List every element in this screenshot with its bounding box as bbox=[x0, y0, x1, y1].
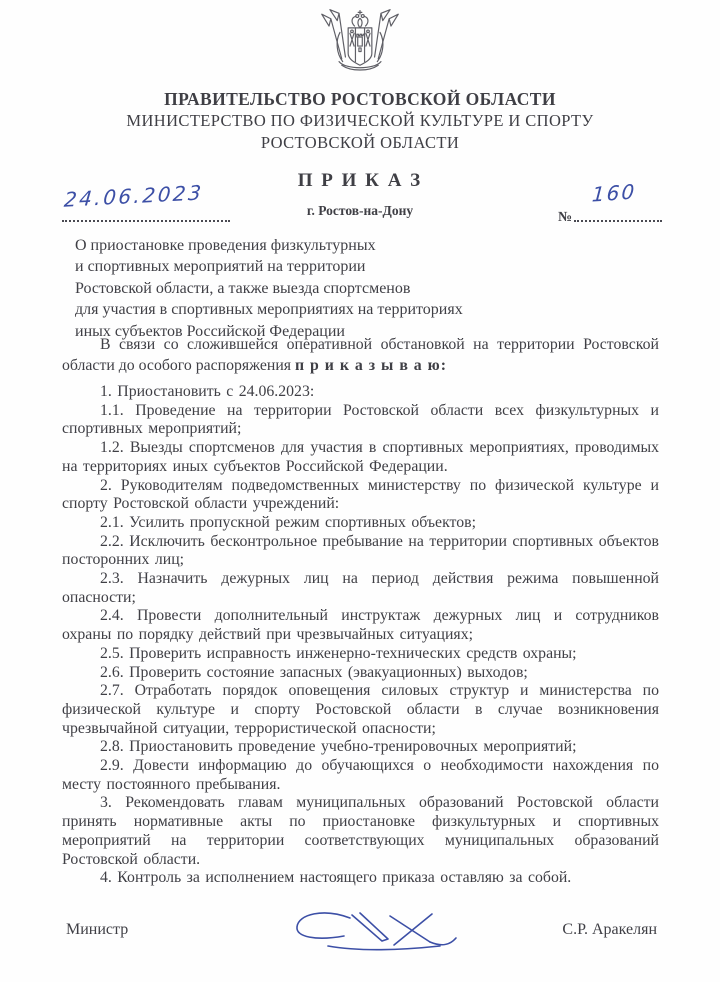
order-paragraph-2: 2. Руководителям подведомственных минист… bbox=[62, 477, 659, 514]
order-paragraph-2-3: 2.3. Назначить дежурных лиц на период де… bbox=[62, 570, 659, 607]
scanned-order-document: ПРАВИТЕЛЬСТВО РОСТОВСКОЙ ОБЛАСТИ МИНИСТЕ… bbox=[0, 0, 720, 982]
order-body: В связи со сложившейся оперативной обста… bbox=[62, 334, 659, 888]
intro-decree-word: п р и к а з ы в а ю: bbox=[295, 357, 447, 374]
signature-block: Министр С.Р. Аракелян bbox=[0, 905, 720, 965]
order-paragraph-2-9: 2.9. Довести информацию до обучающихся о… bbox=[62, 757, 659, 794]
order-paragraph-3: 3. Рекомендовать главам муниципальных об… bbox=[62, 794, 659, 869]
order-paragraph-4: 4. Контроль за исполнением настоящего пр… bbox=[62, 869, 659, 888]
order-paragraph-2-5: 2.5. Проверить исправность инженерно-тех… bbox=[62, 645, 659, 664]
order-paragraph-1-2: 1.2. Выезды спортсменов для участия в сп… bbox=[62, 439, 659, 476]
handwritten-number: 160 bbox=[591, 179, 637, 206]
date-dotted-line bbox=[62, 220, 230, 222]
subject-line: О приостановке проведения физкультурных bbox=[75, 235, 595, 256]
signer-position: Министр bbox=[66, 921, 128, 939]
order-paragraph-1-1: 1.1. Проведение на территории Ростовской… bbox=[62, 402, 659, 439]
header-region: РОСТОВСКОЙ ОБЛАСТИ bbox=[0, 133, 720, 153]
order-paragraph-2-2: 2.2. Исключить бесконтрольное пребывание… bbox=[62, 533, 659, 570]
signer-name: С.Р. Аракелян bbox=[562, 921, 657, 939]
header-government: ПРАВИТЕЛЬСТВО РОСТОВСКОЙ ОБЛАСТИ bbox=[0, 89, 720, 110]
intro-paragraph: В связи со сложившейся оперативной обста… bbox=[62, 334, 659, 376]
order-paragraph-2-1: 2.1. Усилить пропускной режим спортивных… bbox=[62, 514, 659, 533]
subject-line: Ростовской области, а также выезда спорт… bbox=[75, 278, 595, 299]
order-paragraph-1: 1. Приостановить с 24.06.2023: bbox=[62, 383, 659, 402]
number-dotted-line bbox=[574, 220, 662, 222]
handwritten-signature bbox=[290, 905, 460, 960]
subject-line: и спортивных мероприятий на территории bbox=[75, 256, 595, 277]
number-field: № 160 bbox=[558, 186, 662, 222]
order-subject: О приостановке проведения физкультурных … bbox=[75, 235, 595, 342]
order-paragraph-2-8: 2.8. Приостановить проведение учебно-тре… bbox=[62, 738, 659, 757]
order-paragraph-2-4: 2.4. Провести дополнительный инструктаж … bbox=[62, 607, 659, 644]
coat-of-arms-rostov-oblast-icon bbox=[310, 6, 410, 88]
order-paragraph-2-6: 2.6. Проверить состояние запасных (эваку… bbox=[62, 664, 659, 683]
header-ministry: МИНИСТЕРСТВО ПО ФИЗИЧЕСКОЙ КУЛЬТУРЕ И СП… bbox=[0, 111, 720, 131]
subject-line: для участия в спортивных мероприятиях на… bbox=[75, 299, 595, 320]
number-sign: № bbox=[558, 210, 572, 226]
order-paragraph-2-7: 2.7. Отработать порядок оповещения силов… bbox=[62, 682, 659, 738]
